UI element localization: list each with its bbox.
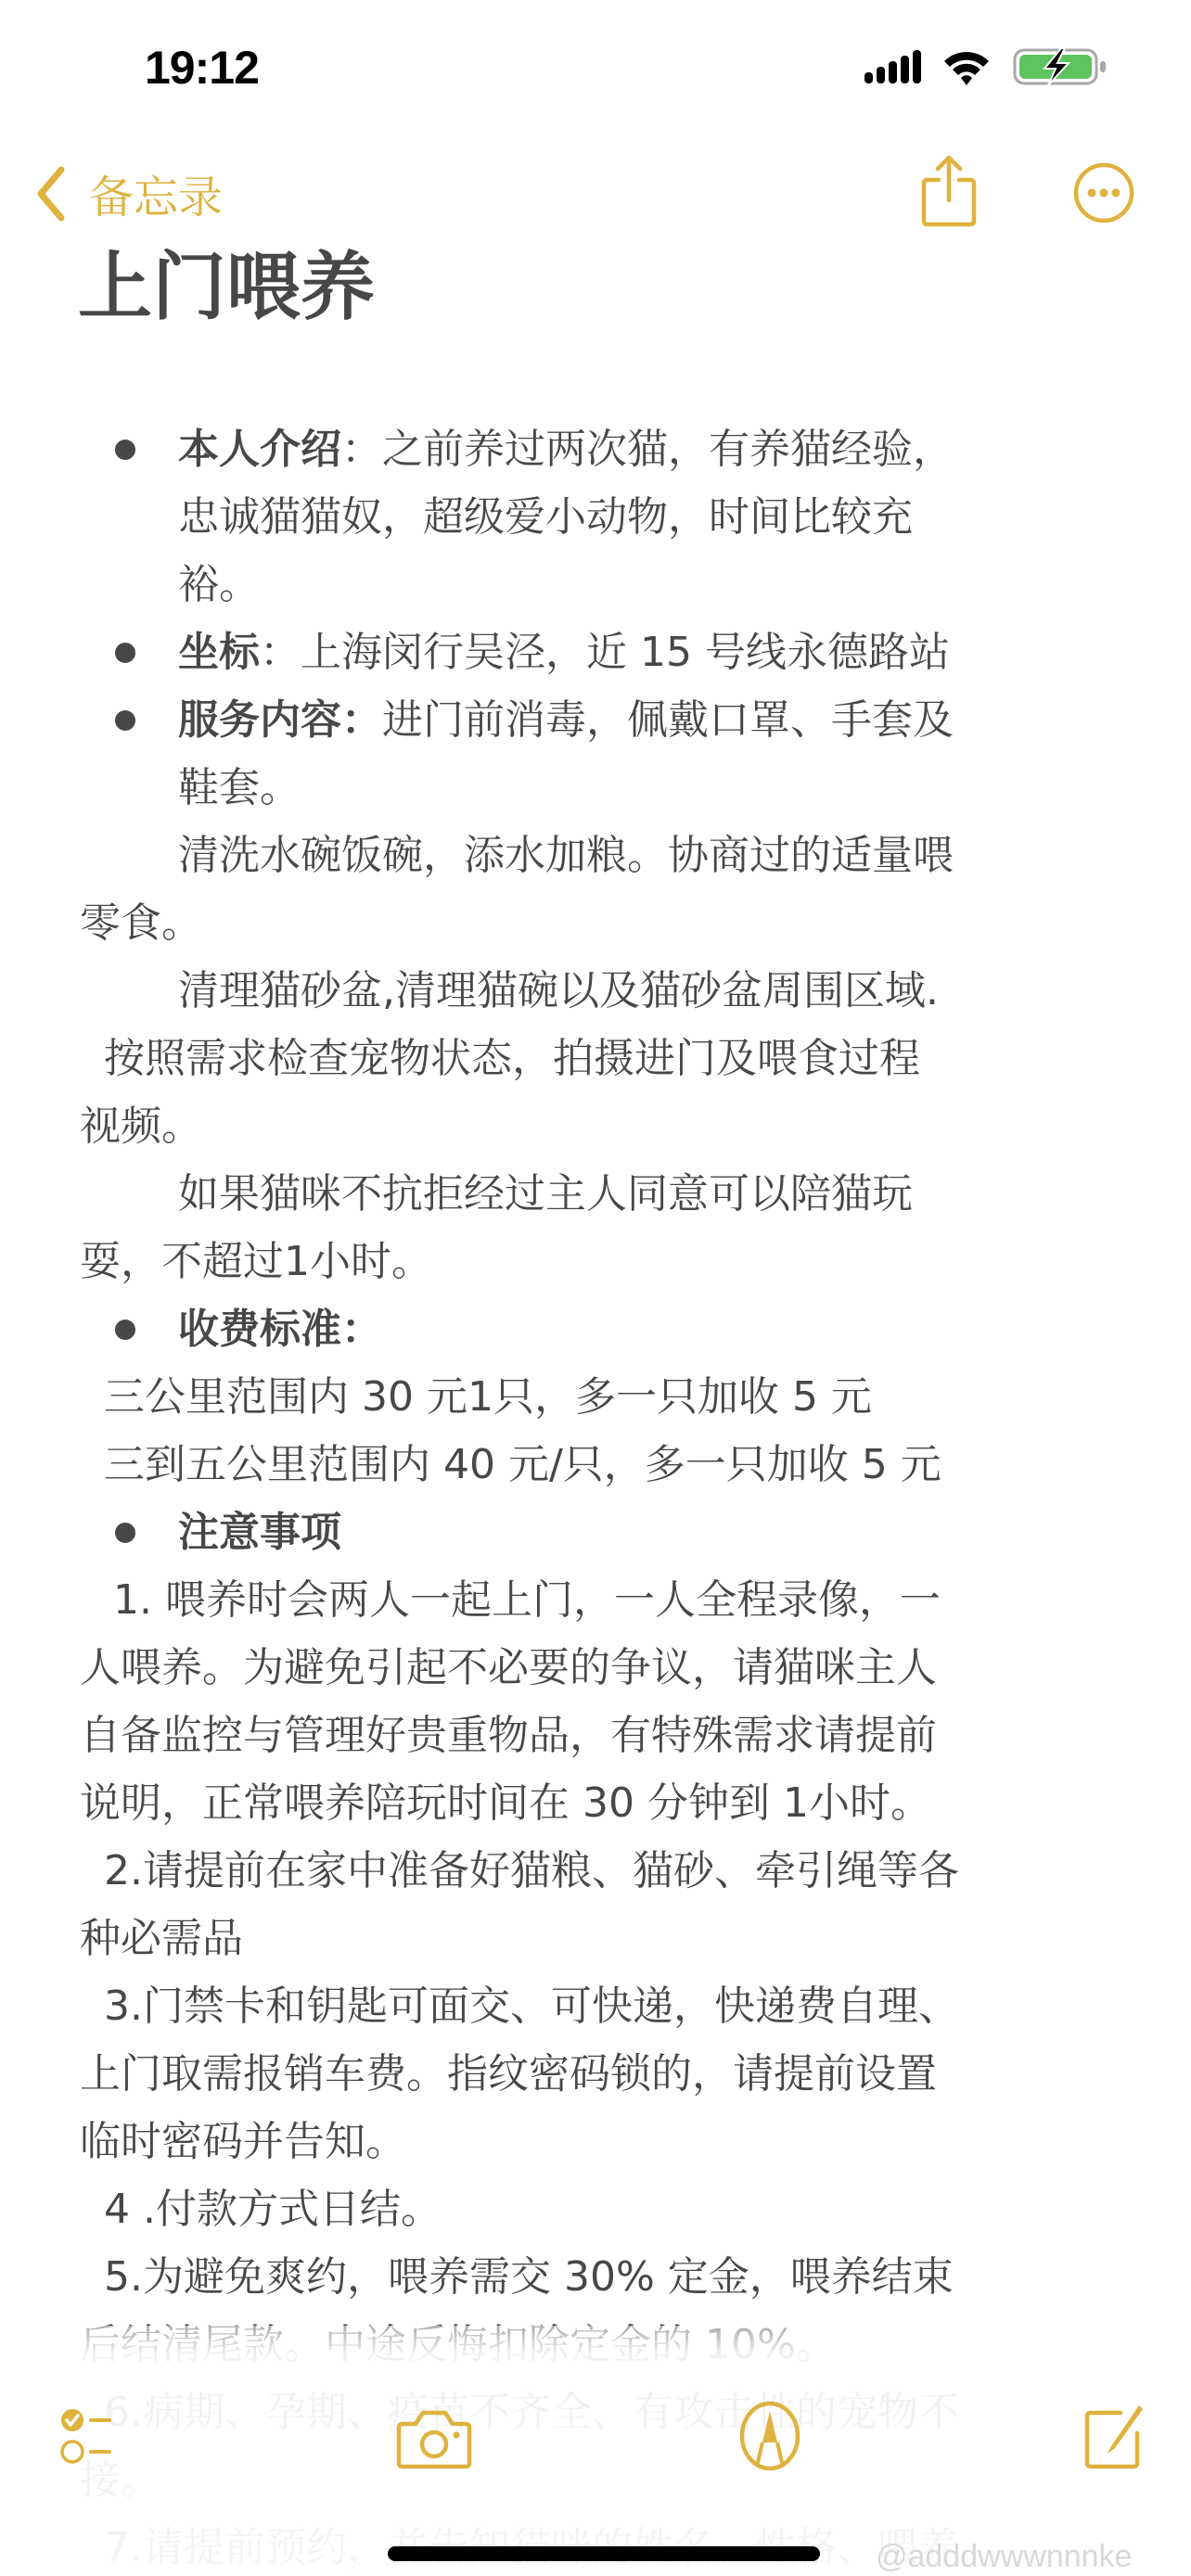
bullet-icon — [115, 1320, 135, 1340]
markup-pen-icon[interactable] — [738, 2400, 801, 2472]
notes-line: 种必需品 — [80, 1905, 243, 1972]
service-line: 耍，不超过1小时。 — [80, 1228, 432, 1295]
chevron-left-icon — [33, 164, 70, 223]
service-line: 清洗水碗饭碗，添水加粮。协商过的适量喂 — [178, 822, 954, 889]
bullet-icon — [115, 1523, 135, 1543]
compose-icon[interactable] — [1083, 2400, 1146, 2470]
bullet-icon — [115, 440, 135, 460]
pricing-line: 三到五公里范围内 40 元/只，多一只加收 5 元 — [104, 1431, 941, 1498]
cellular-signal-icon — [863, 48, 922, 85]
intro-label: 本人介绍 — [178, 426, 341, 473]
ellipsis-circle-icon[interactable] — [1072, 161, 1135, 224]
service-line: 按照需求检查宠物状态，拍摄进门及喂食过程 — [104, 1025, 920, 1092]
bullet-icon — [115, 710, 135, 731]
checklist-icon[interactable] — [59, 2405, 134, 2470]
status-bar: 19:12 — [0, 0, 1191, 139]
notes-line: 2.请提前在家中准备好猫粮、猫砂、牵引绳等各 — [104, 1837, 959, 1905]
intro-line: 裕。 — [178, 551, 260, 618]
back-button[interactable]: 备忘录 — [33, 161, 223, 225]
watermark: @adddwwwnnnke — [876, 2539, 1132, 2575]
notes-line: 3.门禁卡和钥匙可面交、可快递，快递费自理、 — [104, 1972, 959, 2040]
bottom-toolbar — [0, 2383, 1191, 2485]
service-line: 清理猫砂盆,清理猫碗以及猫砂盆周围区域. — [178, 957, 939, 1025]
service-line: 如果猫咪不抗拒经过主人同意可以陪猫玩 — [178, 1160, 913, 1228]
notes-line: 4 .付款方式日结。 — [104, 2175, 442, 2243]
bullet-icon — [115, 643, 135, 663]
camera-icon[interactable] — [395, 2405, 473, 2470]
intro-line: 忠诚猫猫奴，超级爱小动物，时间比较充 — [178, 483, 913, 551]
battery-charging-icon — [1013, 48, 1109, 85]
nav-bar: 备忘录 — [0, 148, 1191, 241]
intro-line: 本人介绍：之前养过两次猫，有养猫经验， — [178, 415, 954, 483]
home-indicator[interactable] — [388, 2546, 820, 2561]
status-time: 19:12 — [145, 41, 259, 95]
notes-line: 说明，正常喂养陪玩时间在 30 分钟到 1小时。 — [80, 1769, 931, 1837]
notes-line: 5.为避免爽约，喂养需交 30% 定金，喂养结束 — [104, 2243, 954, 2311]
service-label: 服务内容： — [178, 696, 382, 744]
back-label: 备忘录 — [89, 161, 223, 225]
pricing-label: 收费标准： — [178, 1295, 382, 1363]
notes-line: 人喂养。为避免引起不必要的争议，请猫咪主人 — [80, 1634, 937, 1702]
notes-line: 上门取需报销车费。指纹密码锁的，请提前设置 — [80, 2040, 937, 2108]
service-line: 服务内容：进门前消毒，佩戴口罩、手套及 — [178, 686, 954, 754]
service-line: 视频。 — [80, 1092, 202, 1160]
notes-line: 1. 喂养时会两人一起上门，一人全程录像，一 — [113, 1566, 941, 1634]
notes-line: 临时密码并告知。 — [80, 2108, 406, 2175]
note-title[interactable]: 上门喂养 — [78, 243, 375, 332]
notes-line: 自备监控与管理好贵重物品，有特殊需求请提前 — [80, 1702, 937, 1769]
pricing-line: 三公里范围内 30 元1只，多一只加收 5 元 — [104, 1363, 872, 1431]
location-line: 坐标：上海闵行吴泾，近 15 号线永德路站 — [178, 618, 950, 686]
service-line: 零食。 — [80, 889, 202, 957]
share-icon[interactable] — [918, 154, 980, 228]
notes-label: 注意事项 — [178, 1498, 341, 1566]
service-line: 鞋套。 — [178, 754, 301, 822]
wifi-icon — [941, 46, 992, 87]
location-label: 坐标 — [178, 629, 260, 676]
